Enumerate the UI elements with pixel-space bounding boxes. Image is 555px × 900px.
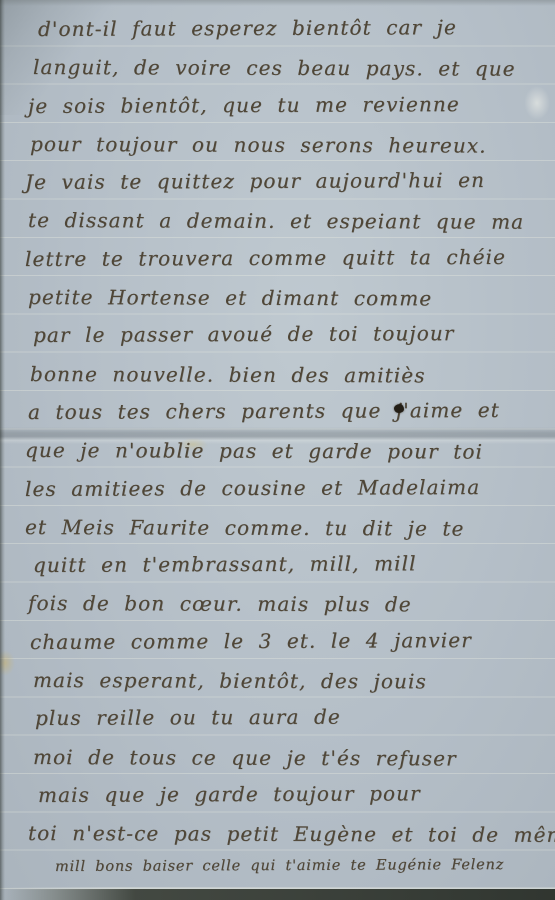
handwritten-line: d'ont-il faut esperez bientôt car je bbox=[38, 8, 555, 49]
handwritten-line: lettre te trouvera comme quitt ta chéie bbox=[25, 237, 555, 278]
handwritten-line: bonne nouvelle. bien des amitiès bbox=[30, 355, 555, 395]
handwritten-line: que je n'oublie pas et garde pour toi bbox=[25, 431, 555, 471]
handwritten-line: pour toujour ou nous serons heureux. bbox=[30, 125, 555, 165]
handwritten-line: toi n'est-ce pas petit Eugène et toi de … bbox=[28, 814, 555, 854]
handwritten-line: plus reille ou tu aura de bbox=[35, 697, 555, 738]
page-bottom-shadow bbox=[0, 889, 555, 900]
handwritten-line: quitt en t'embrassant, mill, mill bbox=[33, 544, 555, 585]
letter-page: d'ont-il faut esperez bientôt car je lan… bbox=[0, 0, 555, 900]
handwritten-line: a tous tes chers parents que j'aime et bbox=[28, 391, 555, 432]
handwritten-line: languit, de voire ces beau pays. et que bbox=[33, 48, 555, 88]
handwritten-line: moi de tous ce que je t'és refuser bbox=[33, 738, 555, 778]
page-bottom-curl-highlight bbox=[0, 887, 555, 890]
handwritten-line: par le passer avoué de toi toujour bbox=[33, 314, 555, 355]
handwritten-line: chaume comme le 3 et. le 4 janvier bbox=[30, 620, 555, 661]
handwritten-line: et Meis Faurite comme. tu dit je te bbox=[25, 508, 555, 548]
handwritten-line: Je vais te quittez pour aujourd'hui en bbox=[25, 161, 555, 202]
handwritten-line: je sois bientôt, que tu me revienne bbox=[28, 84, 555, 125]
handwritten-line: les amitiees de cousine et Madelaima bbox=[25, 467, 555, 508]
handwritten-line: fois de bon cœur. mais plus de bbox=[28, 584, 555, 624]
handwritten-line: te dissant a demain. et espeiant que ma bbox=[28, 201, 555, 241]
handwritten-line: mais esperant, bientôt, des jouis bbox=[33, 661, 555, 701]
handwritten-line: mais que je garde toujour pour bbox=[38, 774, 555, 815]
handwritten-line: petite Hortense et dimant comme bbox=[28, 278, 555, 318]
page-top-edge-shadow bbox=[0, 0, 555, 6]
letter-body: d'ont-il faut esperez bientôt car je lan… bbox=[0, 10, 555, 879]
handwritten-signature-line: mill bons baiser celle qui t'aimie te Eu… bbox=[55, 852, 555, 878]
